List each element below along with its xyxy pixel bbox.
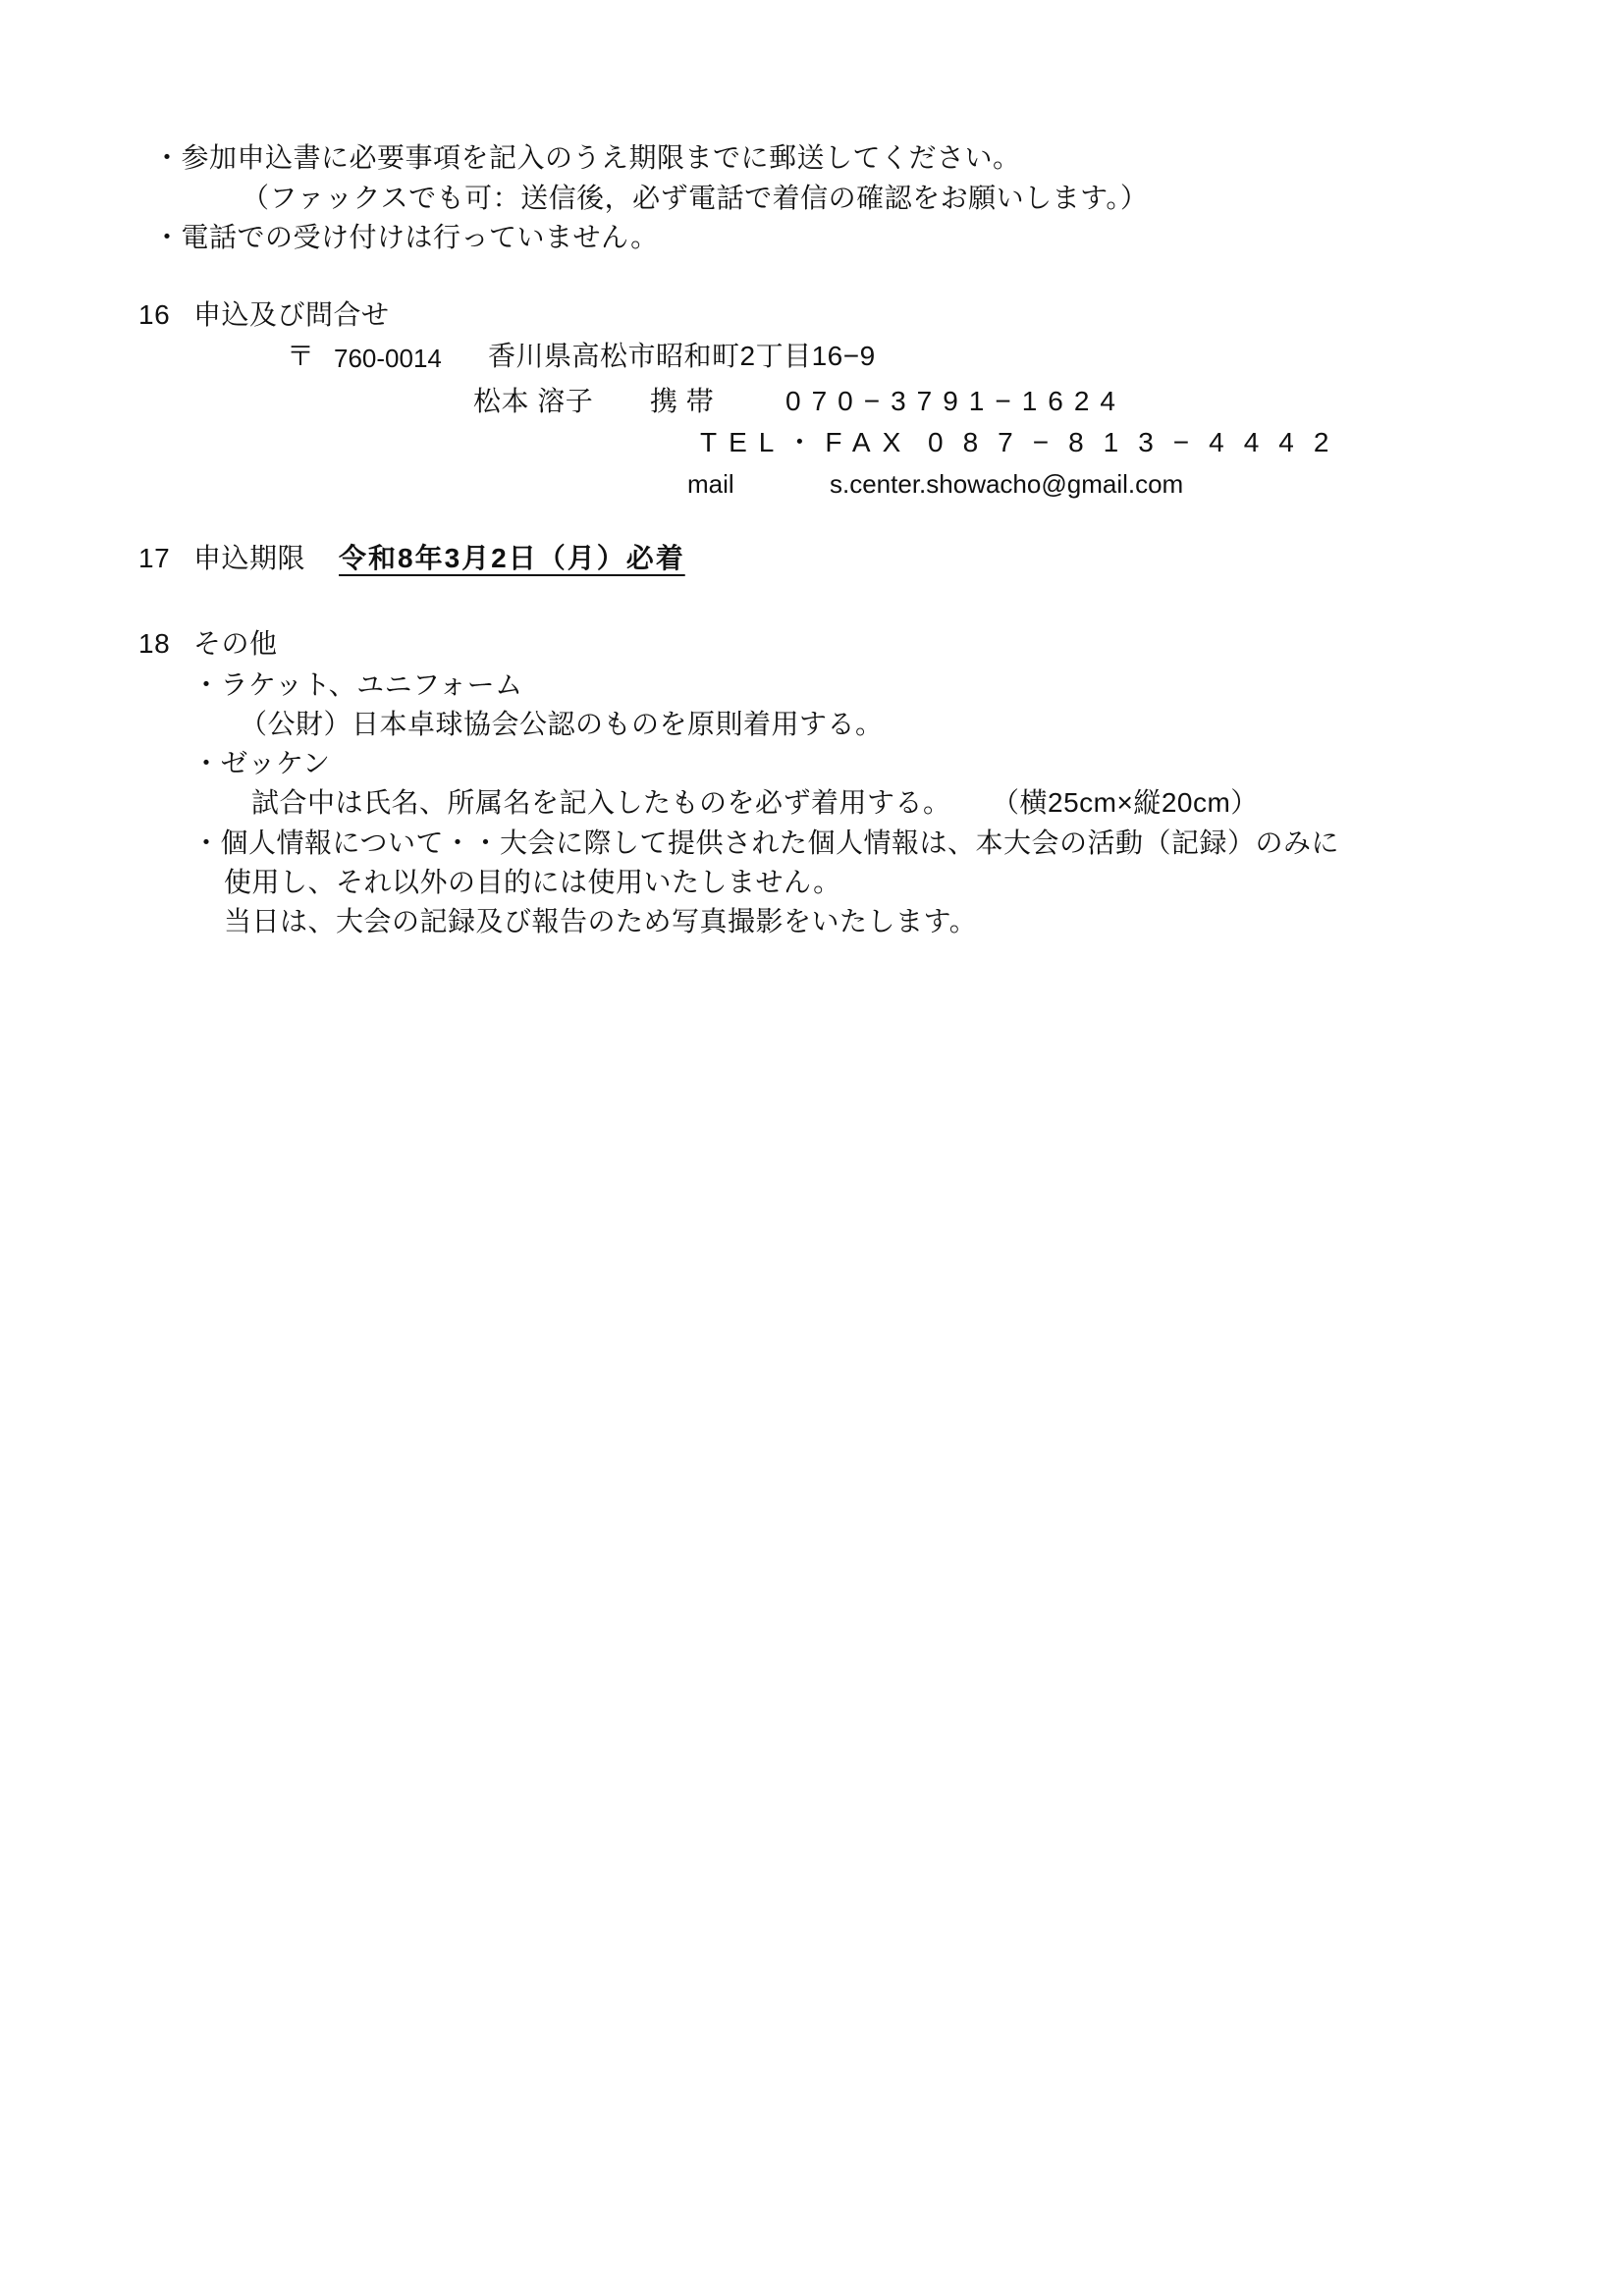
application-deadline: 令和8年3月2日（月）必着 [339,542,685,575]
telfax-label: TEL・FAX [700,426,912,459]
mobile-label: 携 帯 [650,385,714,418]
section16-number: 16 [138,298,170,332]
section18-title: その他 [193,627,278,661]
privacy-item: ・個人情報について・・大会に際して提供された個人情報は、本大会の活動（記録）のみ… [192,827,1339,860]
bib-size: （横25cm×縦20cm） [992,786,1259,820]
note-fax-allowed: （ファックスでも可：送信後，必ず電話で着信の確認をお願いします。） [242,182,1148,215]
bib-detail: 試合中は氏名、所属名を記入したものを必ず着用する。 [251,786,951,820]
section18-number: 18 [138,627,170,661]
note-no-phone-entry: ・電話での受け付けは行っていません。 [153,221,659,254]
note-mail-in-application: ・参加申込書に必要事項を記入のうえ期限までに郵送してください。 [153,141,1021,175]
postal-code: 760-0014 [334,342,442,375]
mail-label: mail [687,467,734,501]
mobile-number: 070−3791−1624 [785,385,1126,418]
privacy-detail-2: 当日は、大会の記録及び報告のため写真撮影をいたします。 [224,905,977,938]
racket-uniform-detail: （公財）日本卓球協会公認のものを原則着用する。 [240,708,884,741]
racket-uniform-item: ・ラケット、ユニフォーム [192,668,523,702]
mail-address: s.center.showacho@gmail.com [830,467,1183,501]
section17-number: 17 [138,542,170,575]
telfax-number: 087−813−4442 [928,426,1348,459]
document-page: ・参加申込書に必要事項を記入のうえ期限までに郵送してください。 （ファックスでも… [0,0,1623,2296]
section17-title: 申込期限 [193,542,305,575]
contact-name: 松本 溶子 [473,385,593,418]
privacy-detail-1: 使用し、それ以外の目的には使用いたしません。 [224,866,841,899]
postal-mark-icon: 〒 [287,340,315,373]
section16-title: 申込及び問合せ [193,298,390,332]
contact-address: 香川県高松市昭和町2丁目16−9 [488,340,876,373]
bib-item: ・ゼッケン [192,747,331,780]
